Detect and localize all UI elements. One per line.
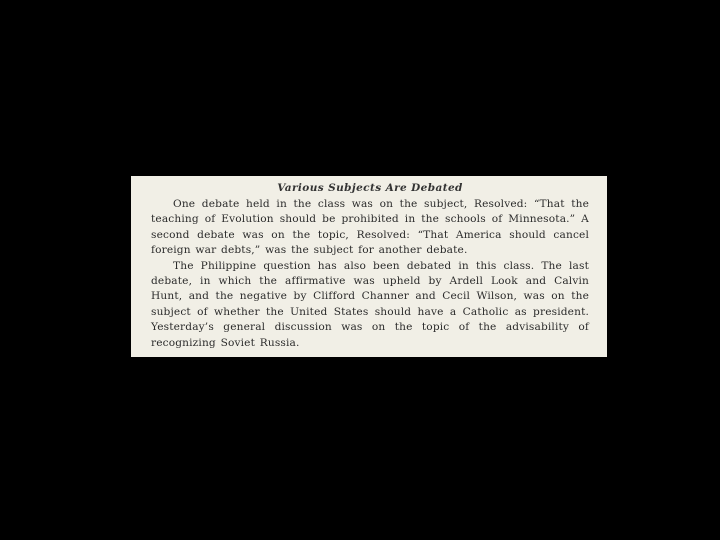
- newspaper-clipping: Various Subjects Are Debated One debate …: [131, 176, 607, 357]
- article-title: Various Subjects Are Debated: [151, 182, 589, 194]
- article-paragraph-2: The Philippine question has also been de…: [151, 259, 589, 351]
- article-paragraph-1: One debate held in the class was on the …: [151, 197, 589, 259]
